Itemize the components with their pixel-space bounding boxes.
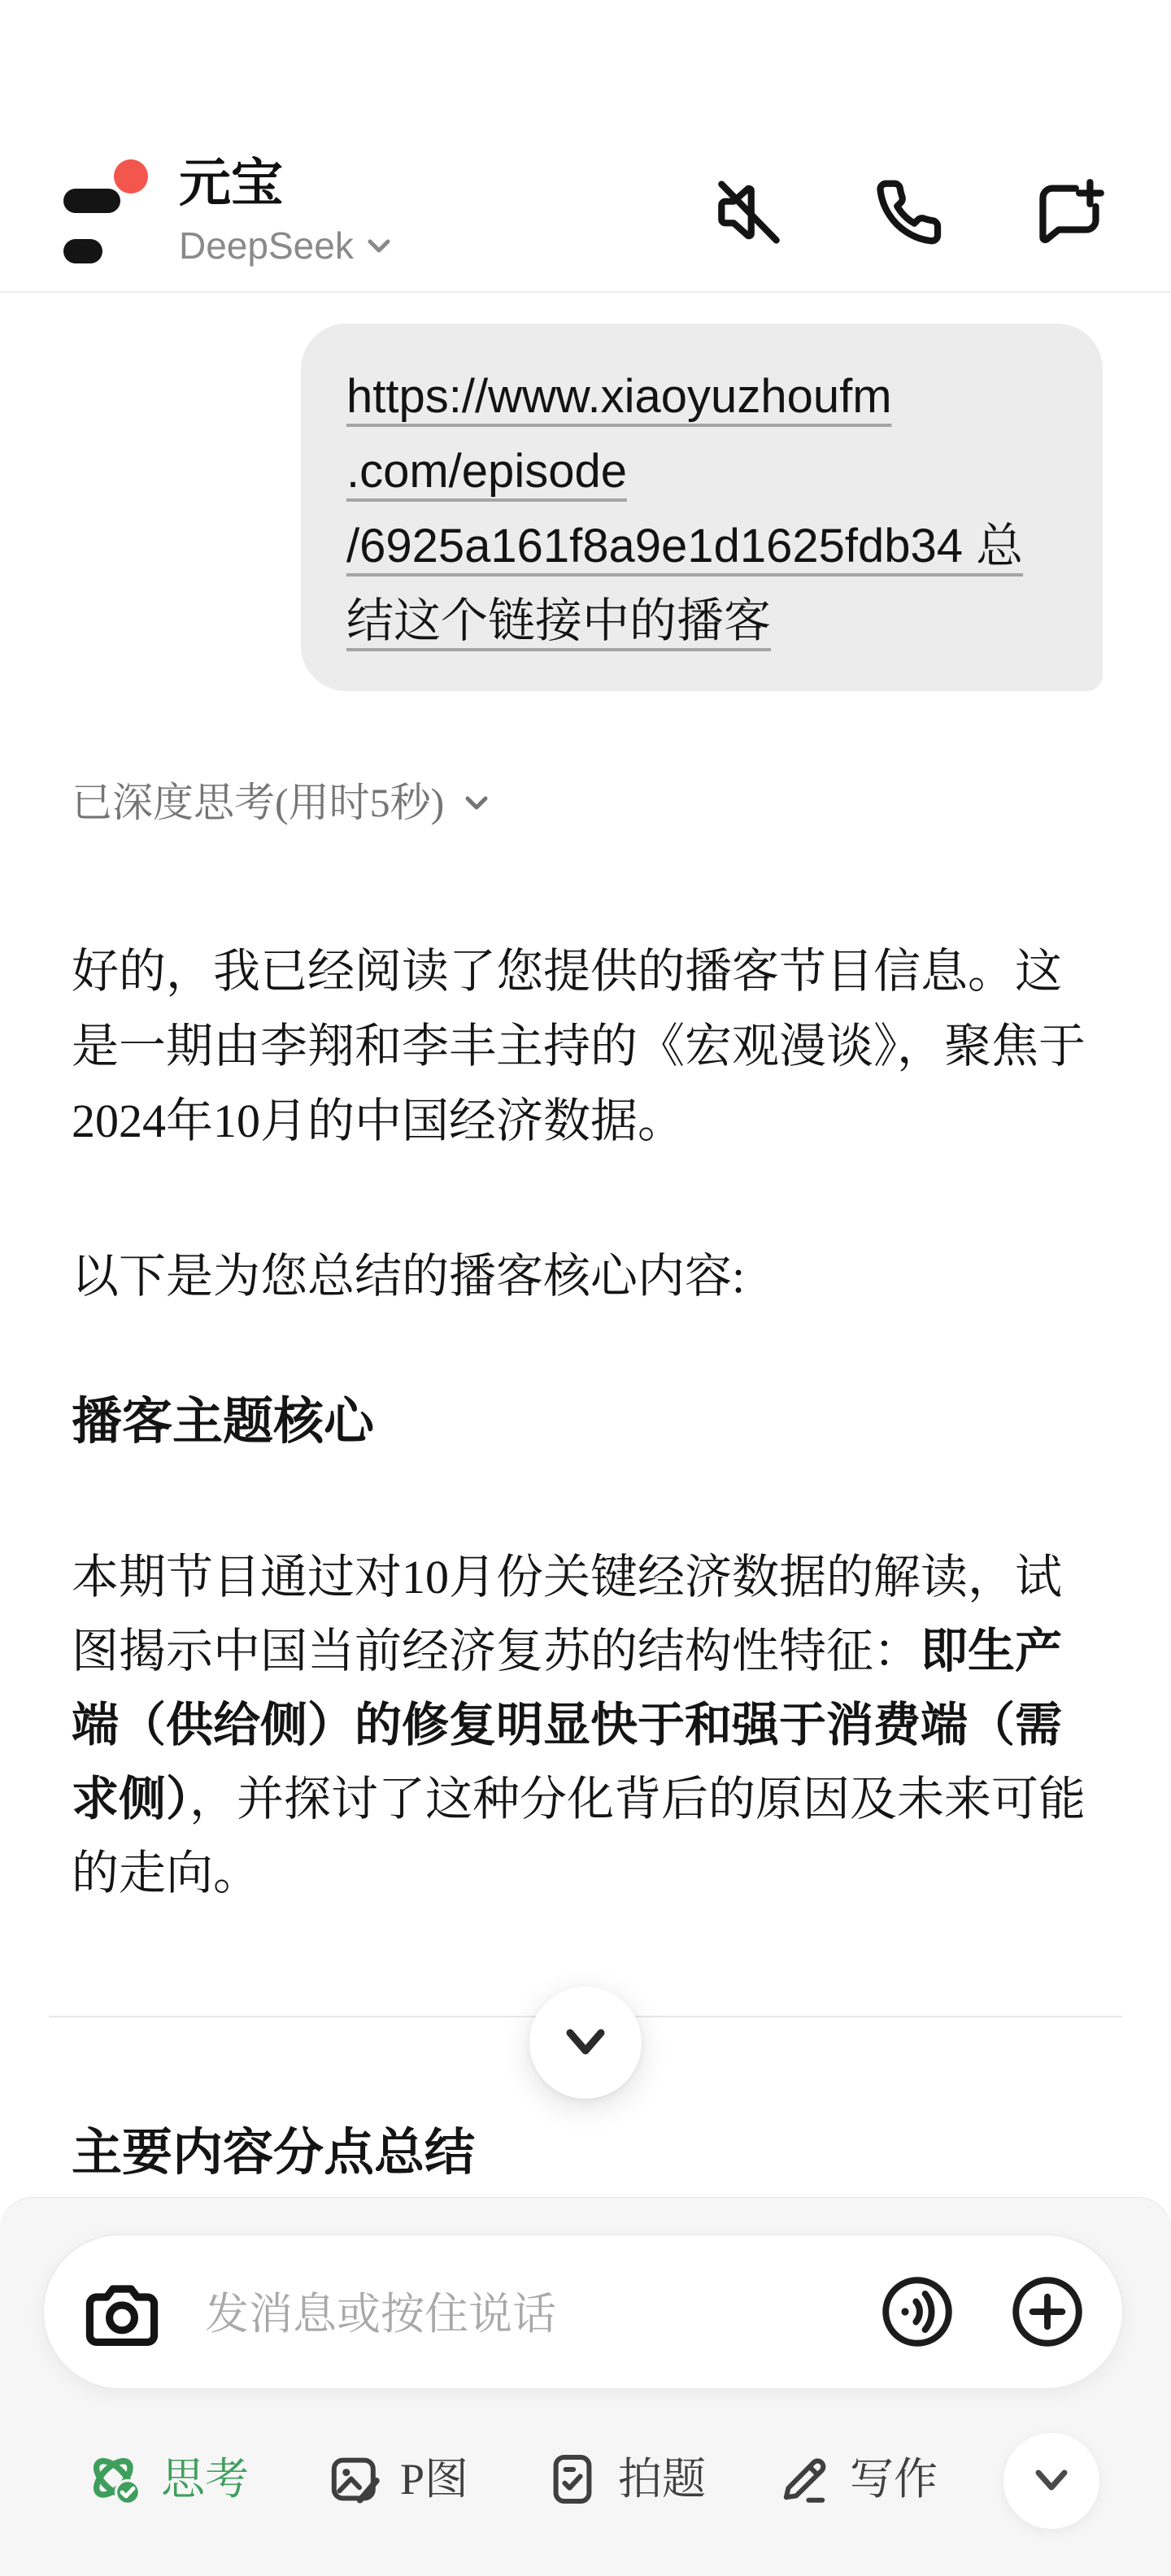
response-heading-points: 主要内容分点总结: [72, 2116, 1099, 2191]
message-input[interactable]: [203, 2268, 825, 2361]
response-paragraph: 好的，我已经阅读了您提供的播客节目信息。这是一期由李翔和李丰主持的《宏观漫谈》，…: [72, 934, 1099, 1159]
input-right-actions: [877, 2271, 1088, 2352]
new-chat-button[interactable]: [1030, 174, 1106, 250]
tool-photo-question[interactable]: 拍题: [543, 2449, 706, 2509]
deep-thinking-label: 已深度思考(用时5秒): [72, 774, 444, 831]
tool-think[interactable]: 思考: [85, 2449, 249, 2509]
chevron-down-icon: [560, 2026, 611, 2059]
model-name: DeepSeek: [179, 223, 354, 268]
tool-photo-edit[interactable]: P图: [325, 2449, 468, 2509]
plus-circle-icon: [1007, 2271, 1088, 2352]
menu-icon: [63, 189, 120, 213]
message-input-bar[interactable]: [42, 2234, 1124, 2390]
model-selector[interactable]: DeepSeek: [179, 223, 393, 268]
voice-call-button[interactable]: [870, 174, 947, 250]
app-title: 元宝: [179, 151, 393, 216]
user-message-link-line[interactable]: https://www.xiaoyuzhoufm: [346, 359, 1057, 434]
more-actions-button[interactable]: [1007, 2271, 1088, 2352]
user-message-bubble[interactable]: https://www.xiaoyuzhoufm .com/episode /6…: [301, 324, 1103, 691]
tool-photo-question-label: 拍题: [618, 2449, 706, 2509]
think-icon: [85, 2449, 145, 2509]
voice-mode-button[interactable]: [877, 2271, 958, 2352]
response-intro: 以下是为您总结的播客核心内容:: [72, 1239, 1099, 1314]
camera-icon: [81, 2273, 163, 2354]
notification-badge-dot: [114, 159, 148, 194]
scroll-to-bottom-button[interactable]: [529, 1986, 642, 2099]
speaker-muted-icon: [711, 174, 787, 250]
tool-writing-label: 写作: [850, 2449, 938, 2509]
chevron-down-icon: [1030, 2467, 1073, 2495]
user-message-link-line[interactable]: .com/episode: [346, 434, 1057, 509]
camera-button[interactable]: [81, 2273, 163, 2354]
pencil-icon: [775, 2450, 834, 2509]
new-chat-icon: [1030, 174, 1106, 250]
mute-voice-button[interactable]: [711, 174, 787, 250]
yuanbao-chat-screen: 元宝 DeepSeek: [0, 0, 1171, 2576]
voice-wave-icon: [877, 2271, 958, 2352]
bottom-input-sheet: 思考 P图 拍题 写作: [0, 2198, 1171, 2576]
tool-photo-edit-label: P图: [400, 2449, 468, 2509]
chevron-down-icon: [462, 792, 491, 813]
tool-think-label: 思考: [161, 2449, 249, 2509]
summary-text-normal: ，并探讨了这种分化背后的原因及未来可能的走向。: [72, 1773, 1086, 1899]
user-message-link-line[interactable]: /6925a161f8a9e1d1625fdb34 总: [346, 509, 1057, 584]
user-message-link-line[interactable]: 结这个链接中的播客: [346, 584, 1057, 659]
header-actions: [711, 174, 1106, 250]
header-titles: 元宝 DeepSeek: [179, 151, 393, 268]
collapse-toolbar-button[interactable]: [1003, 2433, 1099, 2529]
tool-writing[interactable]: 写作: [775, 2449, 938, 2509]
chevron-down-icon: [365, 236, 393, 255]
image-edit-icon: [325, 2450, 384, 2509]
app-header: 元宝 DeepSeek: [0, 0, 1171, 293]
menu-button[interactable]: [63, 159, 177, 273]
response-paragraph-summary: 本期节目通过对10月份关键经济数据的解读，试图揭示中国当前经济复苏的结构性特征：…: [72, 1540, 1099, 1910]
phone-icon: [870, 174, 947, 250]
question-scan-icon: [543, 2450, 602, 2509]
response-heading-topic: 播客主题核心: [72, 1385, 1099, 1460]
menu-icon-bar: [63, 239, 102, 263]
deep-thinking-toggle[interactable]: 已深度思考(用时5秒): [72, 774, 491, 831]
summary-text-normal: 本期节目通过对10月份关键经济数据的解读，试图揭示中国当前经济复苏的结构性特征：: [72, 1551, 1062, 1677]
